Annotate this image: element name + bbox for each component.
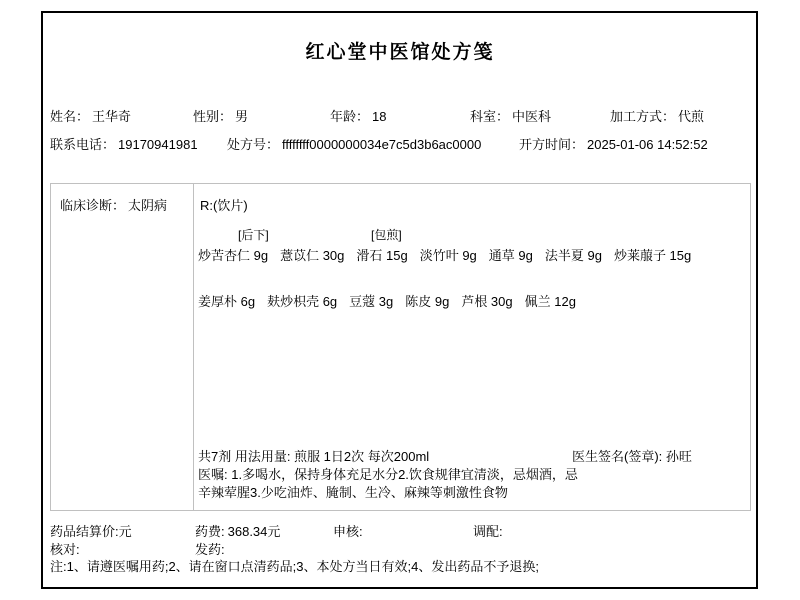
herb-item: 陈皮 9g (405, 294, 449, 309)
herb-item: 炒莱菔子 15g (614, 248, 691, 263)
compound-field: 调配: (473, 521, 506, 540)
footer-note: 注:1、请遵医嘱用药;2、请在窗口点清药品;3、本处方当日有效;4、发出药品不予… (50, 556, 539, 575)
processing-method-field: 加工方式：代煎 (610, 106, 704, 125)
medical-advice-line-2: 辛辣荤腥3.少吃油炸、腌制、生冷、麻辣等刺激性食物 (198, 482, 508, 501)
patient-name-label: 姓名： (50, 109, 89, 124)
compound-label: 调配: (473, 524, 503, 539)
patient-gender-label: 性别： (193, 109, 232, 124)
patient-gender-value: 男 (235, 109, 248, 124)
medical-advice-line-1: 医嘱: 1.多喝水，保持身体充足水分2.饮食规律宜清淡，忌烟酒，忌 (198, 464, 578, 483)
prescription-number-label: 处方号： (227, 137, 279, 152)
clinical-diagnosis-label: 临床诊断： (60, 198, 125, 213)
herb-item: 炒苦杏仁 9g (198, 248, 268, 263)
page-title: 红心堂中医馆处方笺 (0, 37, 800, 64)
settlement-price-label: 药品结算价: (50, 524, 119, 539)
herb-item: 通草 9g (489, 248, 533, 263)
doctor-signature-label: 医生签名(签章): (572, 449, 662, 464)
patient-age-label: 年龄： (330, 109, 369, 124)
processing-method-label: 加工方式： (610, 109, 675, 124)
check-label: 核对: (50, 542, 80, 557)
herb-item: 豆蔻 3g (349, 294, 393, 309)
patient-department-label: 科室： (470, 109, 509, 124)
dosage-usage-line: 共7剂 用法用量: 煎服 1日2次 每次200ml (198, 446, 429, 465)
patient-phone-label: 联系电话： (50, 137, 115, 152)
settlement-price-value: 元 (119, 524, 132, 539)
review-field: 申核: (333, 521, 366, 540)
patient-department-value: 中医科 (512, 109, 551, 124)
patient-age-field: 年龄：18 (330, 106, 386, 125)
patient-age-value: 18 (372, 109, 386, 124)
dispense-label: 发药: (195, 542, 225, 557)
prescription-time-value: 2025-01-06 14:52:52 (587, 137, 708, 152)
settlement-price-field: 药品结算价:元 (50, 521, 132, 540)
decoction-tag-houxia: [后下] (238, 226, 269, 243)
herb-line-2: 姜厚朴 6g麸炒枳壳 6g豆蔻 3g陈皮 9g芦根 30g佩兰 12g (198, 291, 588, 310)
review-label: 申核: (333, 524, 363, 539)
prescription-box-divider (193, 183, 194, 510)
prescription-time-label: 开方时间： (519, 137, 584, 152)
clinical-diagnosis-value: 太阴病 (128, 198, 167, 213)
patient-name-value: 王华奇 (92, 109, 131, 124)
patient-phone-value: 19170941981 (118, 137, 198, 152)
herb-item: 滑石 15g (356, 248, 407, 263)
medicine-fee-field: 药费:368.34元 (195, 521, 280, 540)
patient-department-field: 科室：中医科 (470, 106, 551, 125)
processing-method-value: 代煎 (678, 109, 704, 124)
herb-line-1: 炒苦杏仁 9g薏苡仁 30g滑石 15g淡竹叶 9g通草 9g法半夏 9g炒莱菔… (198, 245, 703, 264)
herb-item: 薏苡仁 30g (280, 248, 344, 263)
herb-item: 法半夏 9g (545, 248, 602, 263)
herb-item: 芦根 30g (461, 294, 512, 309)
patient-gender-field: 性别：男 (193, 106, 248, 125)
herb-item: 佩兰 12g (525, 294, 576, 309)
herb-item: 淡竹叶 9g (420, 248, 477, 263)
medicine-fee-label: 药费: (195, 524, 225, 539)
herb-item: 麸炒枳壳 6g (267, 294, 337, 309)
herb-item: 姜厚朴 6g (198, 294, 255, 309)
prescription-time-field: 开方时间：2025-01-06 14:52:52 (519, 134, 708, 153)
doctor-signature-field: 医生签名(签章): 孙旺 (572, 446, 692, 465)
clinical-diagnosis-field: 临床诊断：太阴病 (60, 195, 167, 214)
prescription-number-field: 处方号：ffffffff0000000034e7c5d3b6ac0000 (227, 134, 481, 153)
patient-phone-field: 联系电话：19170941981 (50, 134, 198, 153)
decoction-tag-baojian: [包煎] (371, 226, 402, 243)
medicine-fee-value: 368.34元 (228, 524, 281, 539)
patient-name-field: 姓名：王华奇 (50, 106, 131, 125)
rx-header: R:(饮片) (200, 195, 248, 214)
prescription-number-value: ffffffff0000000034e7c5d3b6ac0000 (282, 137, 481, 152)
doctor-signature-name: 孙旺 (666, 449, 692, 464)
